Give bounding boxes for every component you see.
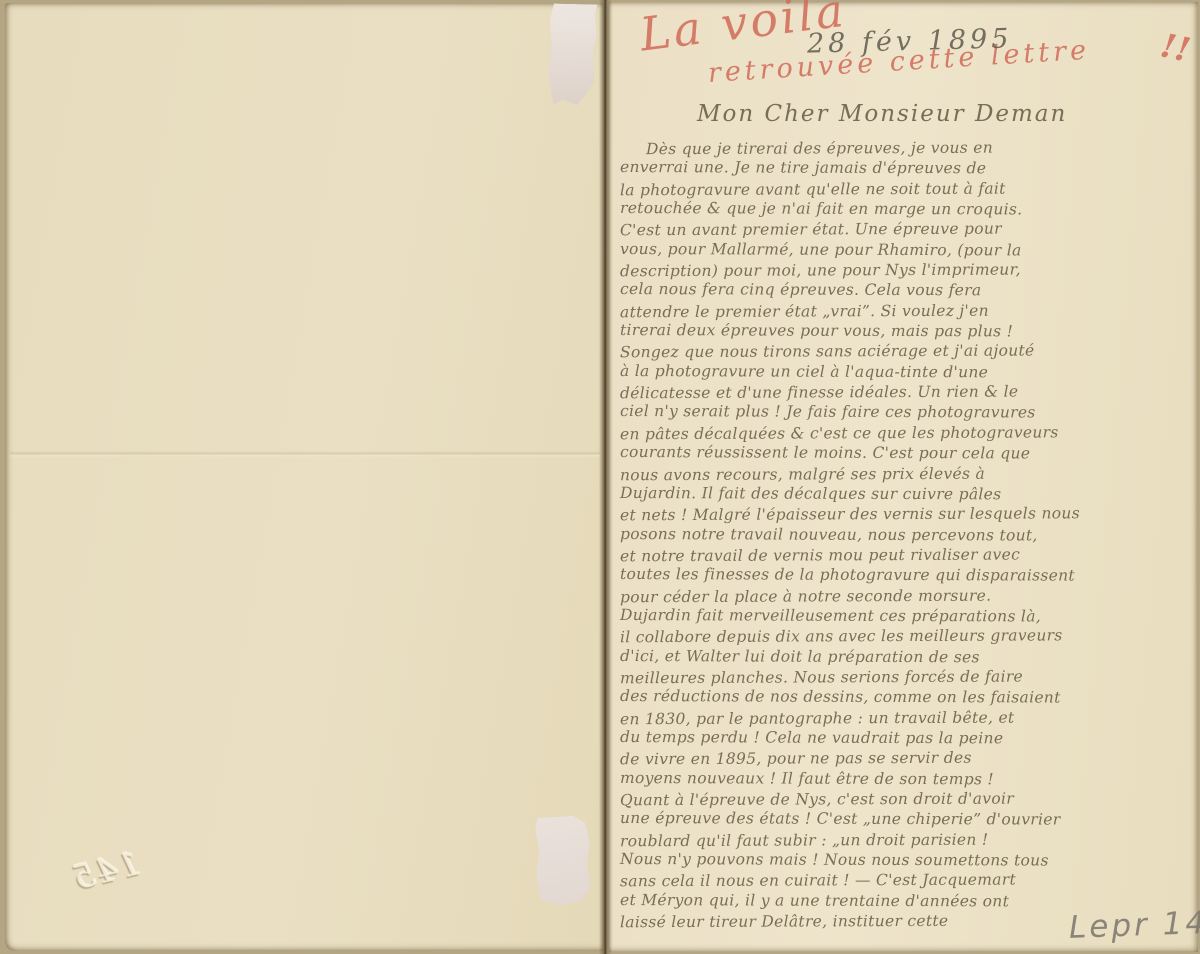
body-line: description) pour moi, une pour Nys l'im… (620, 259, 1196, 282)
red-annotation-exclamation: !! (1157, 25, 1193, 69)
body-line: des réductions de nos dessins, comme on … (620, 686, 1196, 708)
body-line: attendre le premier état „vrai”. Si voul… (620, 299, 1196, 322)
body-line: Dujardin. Il fait des décalques sur cuiv… (620, 483, 1196, 505)
letter-date: 28 fév 1895 (807, 23, 1013, 59)
body-line: cela nous fera cinq épreuves. Cela vous … (620, 279, 1196, 301)
body-line: pour céder la place à notre seconde mors… (620, 584, 1196, 607)
body-line: roublard qu'il faut subir : „un droit pa… (620, 828, 1196, 851)
body-line: la photogravure avant qu'elle ne soit to… (620, 177, 1196, 200)
tape-remnant-bottom (535, 816, 591, 906)
body-line: meilleures planches. Nous serions forcés… (620, 666, 1196, 689)
body-line: d'ici, et Walter lui doit la préparation… (620, 646, 1196, 668)
embossed-mirrored-mark: 145 (67, 843, 143, 898)
letter-salutation: Mon Cher Monsieur Deman (697, 101, 1067, 127)
letter-scan: 145 La voila retrouvée cette lettre !! 2… (0, 0, 1200, 954)
body-line: et nets ! Malgré l'épaisseur des vernis … (620, 503, 1196, 526)
body-line: en pâtes décalquées & c'est ce que les p… (620, 422, 1196, 445)
body-line: en 1830, par le pantographe : un travail… (620, 706, 1196, 729)
body-line: de vivre en 1895, pour ne pas se servir … (620, 747, 1196, 770)
body-line: du temps perdu ! Cela ne vaudrait pas la… (620, 727, 1196, 749)
body-line: Songez que nous tirons sans aciérage et … (620, 340, 1196, 363)
center-fold-line (599, 0, 612, 954)
right-page-letter: La voila retrouvée cette lettre !! 28 fé… (609, 2, 1198, 952)
body-line: posons notre travail nouveau, nous perce… (620, 524, 1196, 546)
body-line: moyens nouveaux ! Il faut être de son te… (620, 768, 1196, 790)
left-page-blank: 145 (5, 3, 603, 951)
body-line: à la photogravure un ciel à l'aqua-tinte… (620, 361, 1196, 383)
body-line: tirerai deux épreuves pour vous, mais pa… (620, 320, 1196, 342)
body-line: délicatesse et d'une finesse idéales. Un… (620, 381, 1196, 404)
body-line: enverrai une. Je ne tire jamais d'épreuv… (620, 157, 1196, 179)
body-line: une épreuve des états ! C'est „une chipe… (620, 808, 1196, 830)
body-line: toutes les finesses de la photogravure q… (620, 564, 1196, 586)
body-line: vous, pour Mallarmé, une pour Rhamiro, (… (620, 239, 1196, 261)
body-line: nous avons recours, malgré ses prix élev… (620, 462, 1196, 485)
body-line: Dujardin fait merveilleusement ces prépa… (620, 605, 1196, 627)
body-line: ciel n'y serait plus ! Je fais faire ces… (620, 401, 1196, 423)
body-line: il collabore depuis dix ans avec les mei… (620, 625, 1196, 648)
body-line: C'est un avant premier état. Une épreuve… (620, 218, 1196, 241)
body-line: Nous n'y pouvons mais ! Nous nous soumet… (620, 849, 1196, 871)
letter-body: Dès que je tirerai des épreuves, je vous… (620, 138, 1196, 931)
body-line: retouchée & que je n'ai fait en marge un… (620, 198, 1196, 220)
horizontal-fold-crease (10, 451, 600, 458)
body-line: courants réussissent le moins. C'est pou… (620, 442, 1196, 464)
pencil-catalog-mark: Lepr 143 (1068, 904, 1200, 946)
body-line: et notre travail de vernis mou peut riva… (620, 544, 1196, 567)
body-line: sans cela il nous en cuirait ! — C'est J… (620, 869, 1196, 892)
body-line: Quant à l'épreuve de Nys, c'est son droi… (620, 788, 1196, 811)
body-line: Dès que je tirerai des épreuves, je vous… (620, 137, 1196, 160)
